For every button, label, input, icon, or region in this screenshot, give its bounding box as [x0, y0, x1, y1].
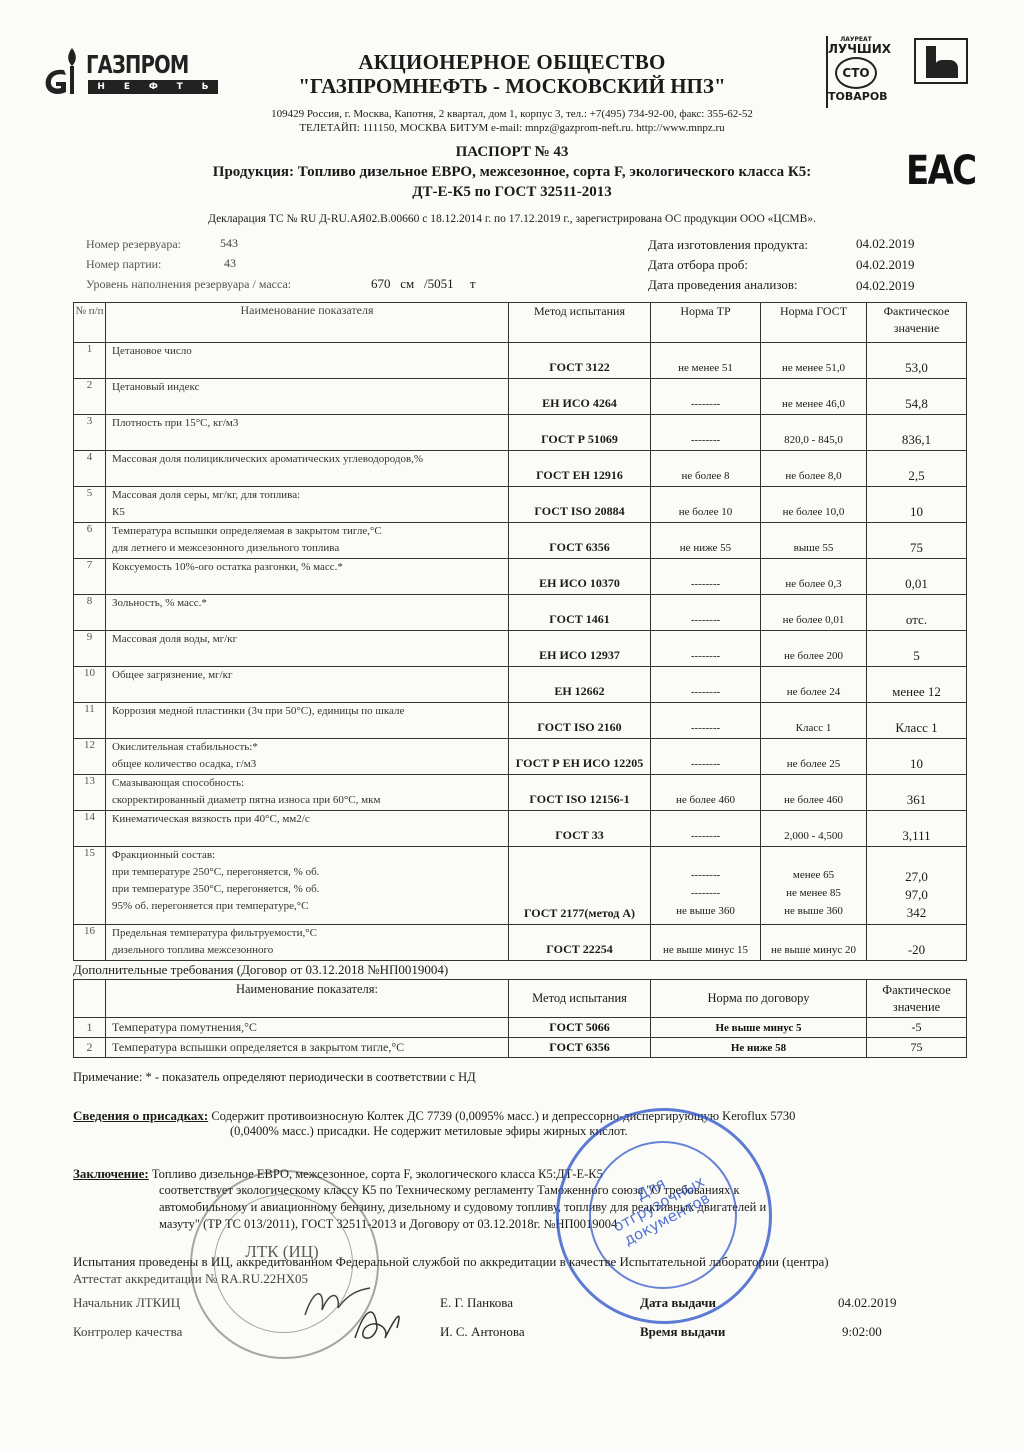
norm-tr-line: [651, 848, 760, 866]
norm-tr: ----------------не выше 360: [651, 847, 761, 925]
row-number: 1: [74, 1018, 106, 1038]
conclusion-label: Заключение:: [73, 1166, 149, 1181]
award-circle: СТО: [835, 57, 877, 89]
indicator-name-line: Предельная температура фильтруемости,°С: [112, 925, 508, 942]
contract-norm: Не выше минус 5: [651, 1018, 867, 1038]
indicator-name-line: Смазывающая способность:: [112, 775, 508, 792]
norm-gost: не более 10,0: [761, 487, 867, 523]
test-method: ГОСТ ISO 2160: [509, 703, 651, 739]
additional-header-row: Наименование показателя: Метод испытания…: [74, 980, 967, 1018]
row-number: 11: [74, 703, 106, 739]
address-line1: 109429 Россия, г. Москва, Капотня, 2 ква…: [0, 108, 1024, 120]
best-goods-award-icon: ЛАУРЕАТ ЛУЧШИХ СТО ТОВАРОВ: [826, 36, 884, 108]
row-number: 8: [74, 595, 106, 631]
indicator-name: Массовая доля воды, мг/кг: [106, 631, 509, 667]
indicator-name-line: Температура вспышки определяемая в закры…: [112, 523, 508, 540]
norm-gost: Класс 1: [761, 703, 867, 739]
indicator-name-line: Окислительная стабильность:*: [112, 739, 508, 756]
analysis-date-label: Дата проведения анализов:: [648, 277, 798, 293]
test-method: ГОСТ 5066: [509, 1018, 651, 1038]
norm-tr: --------: [651, 415, 761, 451]
actual-value: 361: [867, 775, 967, 811]
actual-value: 0,01: [867, 559, 967, 595]
indicator-name-line: для летнего и межсезонного дизельного то…: [112, 540, 508, 557]
product-line1: Продукция: Топливо дизельное ЕВРО, межсе…: [0, 164, 1024, 181]
logistics-stamp: Для отгрузочных документов: [556, 1108, 772, 1324]
indicator-name-line: общее количество осадка, г/м3: [112, 756, 508, 773]
actual-value: 75: [867, 523, 967, 559]
passport-title: ПАСПОРТ № 43: [0, 144, 1024, 161]
norm-gost: не более 25: [761, 739, 867, 775]
batch-label: Номер партии:: [86, 257, 161, 272]
actual-value-line: 27,0: [867, 868, 966, 886]
sample-date-label: Дата отбора проб:: [648, 257, 748, 273]
indicator-name-line: Кинематическая вязкость при 40°С, мм2/с: [112, 811, 508, 828]
actual-value: Класс 1: [867, 703, 967, 739]
head-label: Начальник ЛТКИЦ: [73, 1295, 180, 1311]
award-line2: ТОВАРОВ: [828, 91, 884, 102]
batch-value: 43: [224, 256, 236, 271]
issue-date: 04.02.2019: [838, 1295, 897, 1311]
issue-date-label: Дата выдачи: [640, 1295, 716, 1311]
table-row: 15Фракционный состав:при температуре 250…: [74, 847, 967, 925]
made-date-value: 04.02.2019: [856, 236, 915, 252]
add-header-fact: Фактическое значение: [867, 980, 967, 1018]
indicator-name-line: Фракционный состав:: [112, 847, 508, 864]
table-row: 6Температура вспышки определяемая в закр…: [74, 523, 967, 559]
additives-label: Сведения о присадках:: [73, 1108, 208, 1123]
row-number: 6: [74, 523, 106, 559]
norm-tr: --------: [651, 703, 761, 739]
actual-value: 10: [867, 487, 967, 523]
actual-value: 75: [867, 1038, 967, 1058]
actual-value: 54,8: [867, 379, 967, 415]
sample-date-value: 04.02.2019: [856, 257, 915, 273]
indicator-name-line: Цетановое число: [112, 343, 508, 360]
issue-time: 9:02:00: [842, 1324, 882, 1340]
actual-value-line: 342: [867, 904, 966, 922]
actual-value: менее 12: [867, 667, 967, 703]
row-number: 5: [74, 487, 106, 523]
add-header-norm: Норма по договору: [651, 980, 867, 1018]
indicator-name: Температура вспышки определяется в закры…: [106, 1038, 509, 1058]
indicator-name-line: Плотность при 15°С, кг/м3: [112, 415, 508, 432]
indicator-name-line: дизельного топлива межсезонного: [112, 942, 508, 959]
header-fact: Фактическое значение: [867, 303, 967, 343]
norm-tr-line: --------: [651, 884, 760, 902]
table-row: 9Массовая доля воды, мг/кгЕН ИСО 12937--…: [74, 631, 967, 667]
indicator-name: Фракционный состав:при температуре 250°С…: [106, 847, 509, 925]
norm-tr-line: не выше 360: [651, 902, 760, 920]
issue-time-label: Время выдачи: [640, 1324, 725, 1340]
test-method: ГОСТ ISO 12156-1: [509, 775, 651, 811]
norm-tr: --------: [651, 667, 761, 703]
actual-value: 27,097,0342: [867, 847, 967, 925]
norm-tr: --------: [651, 559, 761, 595]
norm-gost: не менее 46,0: [761, 379, 867, 415]
controller-name: И. С. Антонова: [440, 1324, 525, 1340]
indicator-name-line: Зольность, % масс.*: [112, 595, 508, 612]
tank-value: 543: [220, 236, 238, 251]
norm-gost-line: не выше 360: [761, 902, 866, 920]
indicator-name-line: Массовая доля воды, мг/кг: [112, 631, 508, 648]
test-method: ГОСТ ISO 20884: [509, 487, 651, 523]
actual-value-line: [867, 850, 966, 868]
norm-tr: --------: [651, 595, 761, 631]
actual-value: 3,111: [867, 811, 967, 847]
add-header-name: Наименование показателя:: [106, 980, 509, 1018]
conclusion-line1: Топливо дизельное ЕВРО, межсезонное, сор…: [152, 1167, 603, 1181]
norm-gost: не более 0,3: [761, 559, 867, 595]
test-method: ГОСТ 2177(метод А): [509, 847, 651, 925]
norm-gost: менее 65не менее 85не выше 360: [761, 847, 867, 925]
indicator-name: Коксуемость 10%-ого остатка разгонки, % …: [106, 559, 509, 595]
actual-value: 2,5: [867, 451, 967, 487]
indicator-name: Кинематическая вязкость при 40°С, мм2/с: [106, 811, 509, 847]
accreditation-line1: Испытания проведены в ИЦ, аккредитованно…: [73, 1254, 829, 1270]
level-value: 670 см /5051 т: [371, 276, 476, 292]
norm-gost: не более 0,01: [761, 595, 867, 631]
table-header-row: № п/п Наименование показателя Метод испы…: [74, 303, 967, 343]
indicator-name: Общее загрязнение, мг/кг: [106, 667, 509, 703]
indicator-name: Предельная температура фильтруемости,°Сд…: [106, 925, 509, 961]
norm-tr: --------: [651, 631, 761, 667]
controller-signature-icon: [345, 1298, 415, 1348]
norm-tr: --------: [651, 811, 761, 847]
indicator-name: Цетановое число: [106, 343, 509, 379]
table-row: 3Плотность при 15°С, кг/м3ГОСТ Р 51069--…: [74, 415, 967, 451]
norm-tr: не более 8: [651, 451, 761, 487]
test-method: ЕН 12662: [509, 667, 651, 703]
norm-gost-line: не менее 85: [761, 884, 866, 902]
additional-row: 2Температура вспышки определяется в закр…: [74, 1038, 967, 1058]
address-line2: ТЕЛЕТАЙП: 111150, МОСКВА БИТУМ e-mail: m…: [0, 122, 1024, 134]
norm-tr: не более 460: [651, 775, 761, 811]
accreditation-line2: Аттестат аккредитации № RA.RU.22НХ05: [73, 1271, 308, 1287]
controller-label: Контролер качества: [73, 1324, 182, 1340]
norm-gost: не более 24: [761, 667, 867, 703]
header-norm-tr: Норма ТР: [651, 303, 761, 343]
table-row: 1Цетановое числоГОСТ 3122не менее 51не м…: [74, 343, 967, 379]
contract-norm: Не ниже 58: [651, 1038, 867, 1058]
norm-gost: 820,0 - 845,0: [761, 415, 867, 451]
test-method: ГОСТ Р ЕН ИСО 12205: [509, 739, 651, 775]
actual-value: 10: [867, 739, 967, 775]
indicator-name: Массовая доля серы, мг/кг, для топлива:К…: [106, 487, 509, 523]
test-method: ГОСТ 6356: [509, 523, 651, 559]
table-row: 8Зольность, % масс.*ГОСТ 1461--------не …: [74, 595, 967, 631]
row-number: 14: [74, 811, 106, 847]
indicator-name-line: К5: [112, 504, 508, 521]
indicator-name-line: скорректированный диаметр пятна износа п…: [112, 792, 508, 809]
indicator-name-line: Коррозия медной пластинки (3ч при 50°С),…: [112, 703, 508, 720]
actual-value: отс.: [867, 595, 967, 631]
norm-gost: не более 8,0: [761, 451, 867, 487]
analysis-date-value: 04.02.2019: [856, 278, 915, 294]
header-name: Наименование показателя: [106, 303, 509, 343]
norm-gost: 2,000 - 4,500: [761, 811, 867, 847]
note: Примечание: * - показатель определяют пе…: [73, 1070, 476, 1085]
made-date-label: Дата изготовления продукта:: [648, 237, 808, 253]
tank-label: Номер резервуара:: [86, 237, 181, 252]
table-row: 11Коррозия медной пластинки (3ч при 50°С…: [74, 703, 967, 739]
indicator-name-line: при температуре 350°С, перегоняется, % о…: [112, 881, 508, 898]
indicator-name-line: Общее загрязнение, мг/кг: [112, 667, 508, 684]
indicator-name-line: Массовая доля полициклических ароматичес…: [112, 451, 508, 468]
row-number: 3: [74, 415, 106, 451]
actual-value-line: 97,0: [867, 886, 966, 904]
table-row: 7Коксуемость 10%-ого остатка разгонки, %…: [74, 559, 967, 595]
test-method: ЕН ИСО 4264: [509, 379, 651, 415]
award-line1: ЛУЧШИХ: [828, 43, 884, 55]
table-row: 13Смазывающая способность:скорректирован…: [74, 775, 967, 811]
norm-gost: не более 200: [761, 631, 867, 667]
declaration: Декларация ТС № RU Д-RU.АЯ02.В.00660 с 1…: [0, 213, 1024, 225]
test-method: ЕН ИСО 12937: [509, 631, 651, 667]
row-number: 16: [74, 925, 106, 961]
row-number: 9: [74, 631, 106, 667]
table-row: 16Предельная температура фильтруемости,°…: [74, 925, 967, 961]
norm-tr-line: --------: [651, 866, 760, 884]
additional-requirements-title: Дополнительные требования (Договор от 03…: [73, 962, 448, 978]
header-norm-gost: Норма ГОСТ: [761, 303, 867, 343]
actual-value: -5: [867, 1018, 967, 1038]
actual-value: 836,1: [867, 415, 967, 451]
additional-requirements-table: Наименование показателя: Метод испытания…: [73, 979, 967, 1058]
indicator-name: Коррозия медной пластинки (3ч при 50°С),…: [106, 703, 509, 739]
table-row: 5Массовая доля серы, мг/кг, для топлива:…: [74, 487, 967, 523]
row-number: 12: [74, 739, 106, 775]
row-number: 15: [74, 847, 106, 925]
norm-gost: не менее 51,0: [761, 343, 867, 379]
quality-indicators-table: № п/п Наименование показателя Метод испы…: [73, 302, 967, 961]
norm-gost: не выше минус 20: [761, 925, 867, 961]
test-method: ГОСТ Р 51069: [509, 415, 651, 451]
indicator-name-line: Цетановый индекс: [112, 379, 508, 396]
norm-gost: не более 460: [761, 775, 867, 811]
indicator-name: Цетановый индекс: [106, 379, 509, 415]
head-name: Е. Г. Панкова: [440, 1295, 513, 1311]
header-method: Метод испытания: [509, 303, 651, 343]
test-method: ГОСТ ЕН 12916: [509, 451, 651, 487]
test-method: ГОСТ 33: [509, 811, 651, 847]
additional-row: 1Температура помутнения,°СГОСТ 5066Не вы…: [74, 1018, 967, 1038]
actual-value: -20: [867, 925, 967, 961]
row-number: 13: [74, 775, 106, 811]
indicator-name-line: при температуре 250°С, перегоняется, % о…: [112, 864, 508, 881]
test-method: ГОСТ 6356: [509, 1038, 651, 1058]
table-row: 14Кинематическая вязкость при 40°С, мм2/…: [74, 811, 967, 847]
row-number: 10: [74, 667, 106, 703]
indicator-name: Смазывающая способность:скорректированны…: [106, 775, 509, 811]
indicator-name-line: Коксуемость 10%-ого остатка разгонки, % …: [112, 559, 508, 576]
indicator-name: Массовая доля полициклических ароматичес…: [106, 451, 509, 487]
table-row: 12Окислительная стабильность:*общее коли…: [74, 739, 967, 775]
test-method: ЕН ИСО 10370: [509, 559, 651, 595]
test-method: ГОСТ 3122: [509, 343, 651, 379]
row-number: 4: [74, 451, 106, 487]
table-row: 2Цетановый индексЕН ИСО 4264--------не м…: [74, 379, 967, 415]
norm-tr: не более 10: [651, 487, 761, 523]
actual-value: 5: [867, 631, 967, 667]
row-number: 7: [74, 559, 106, 595]
indicator-name: Температура вспышки определяемая в закры…: [106, 523, 509, 559]
norm-gost: выше 55: [761, 523, 867, 559]
norm-gost-line: менее 65: [761, 866, 866, 884]
indicator-name: Зольность, % масс.*: [106, 595, 509, 631]
indicator-name: Температура помутнения,°С: [106, 1018, 509, 1038]
norm-tr: не менее 51: [651, 343, 761, 379]
level-label: Уровень наполнения резервуара / масса:: [86, 277, 291, 292]
norm-tr: --------: [651, 739, 761, 775]
add-header-method: Метод испытания: [509, 980, 651, 1018]
row-number: 1: [74, 343, 106, 379]
test-method: ГОСТ 22254: [509, 925, 651, 961]
row-number: 2: [74, 379, 106, 415]
norm-gost-line: [761, 848, 866, 866]
indicator-name: Плотность при 15°С, кг/м3: [106, 415, 509, 451]
indicator-name: Окислительная стабильность:*общее количе…: [106, 739, 509, 775]
norm-tr: --------: [651, 379, 761, 415]
header-num: № п/п: [74, 303, 106, 343]
table-row: 10Общее загрязнение, мг/кгЕН 12662------…: [74, 667, 967, 703]
table-row: 4Массовая доля полициклических ароматиче…: [74, 451, 967, 487]
product-line2: ДТ-Е-К5 по ГОСТ 32511-2013: [0, 184, 1024, 201]
indicator-name-line: 95% об. перегоняется при температуре,°С: [112, 898, 508, 915]
row-number: 2: [74, 1038, 106, 1058]
norm-tr: не выше минус 15: [651, 925, 761, 961]
refinery-plant-icon: [914, 38, 968, 84]
test-method: ГОСТ 1461: [509, 595, 651, 631]
norm-tr: не ниже 55: [651, 523, 761, 559]
actual-value: 53,0: [867, 343, 967, 379]
indicator-name-line: Массовая доля серы, мг/кг, для топлива:: [112, 487, 508, 504]
